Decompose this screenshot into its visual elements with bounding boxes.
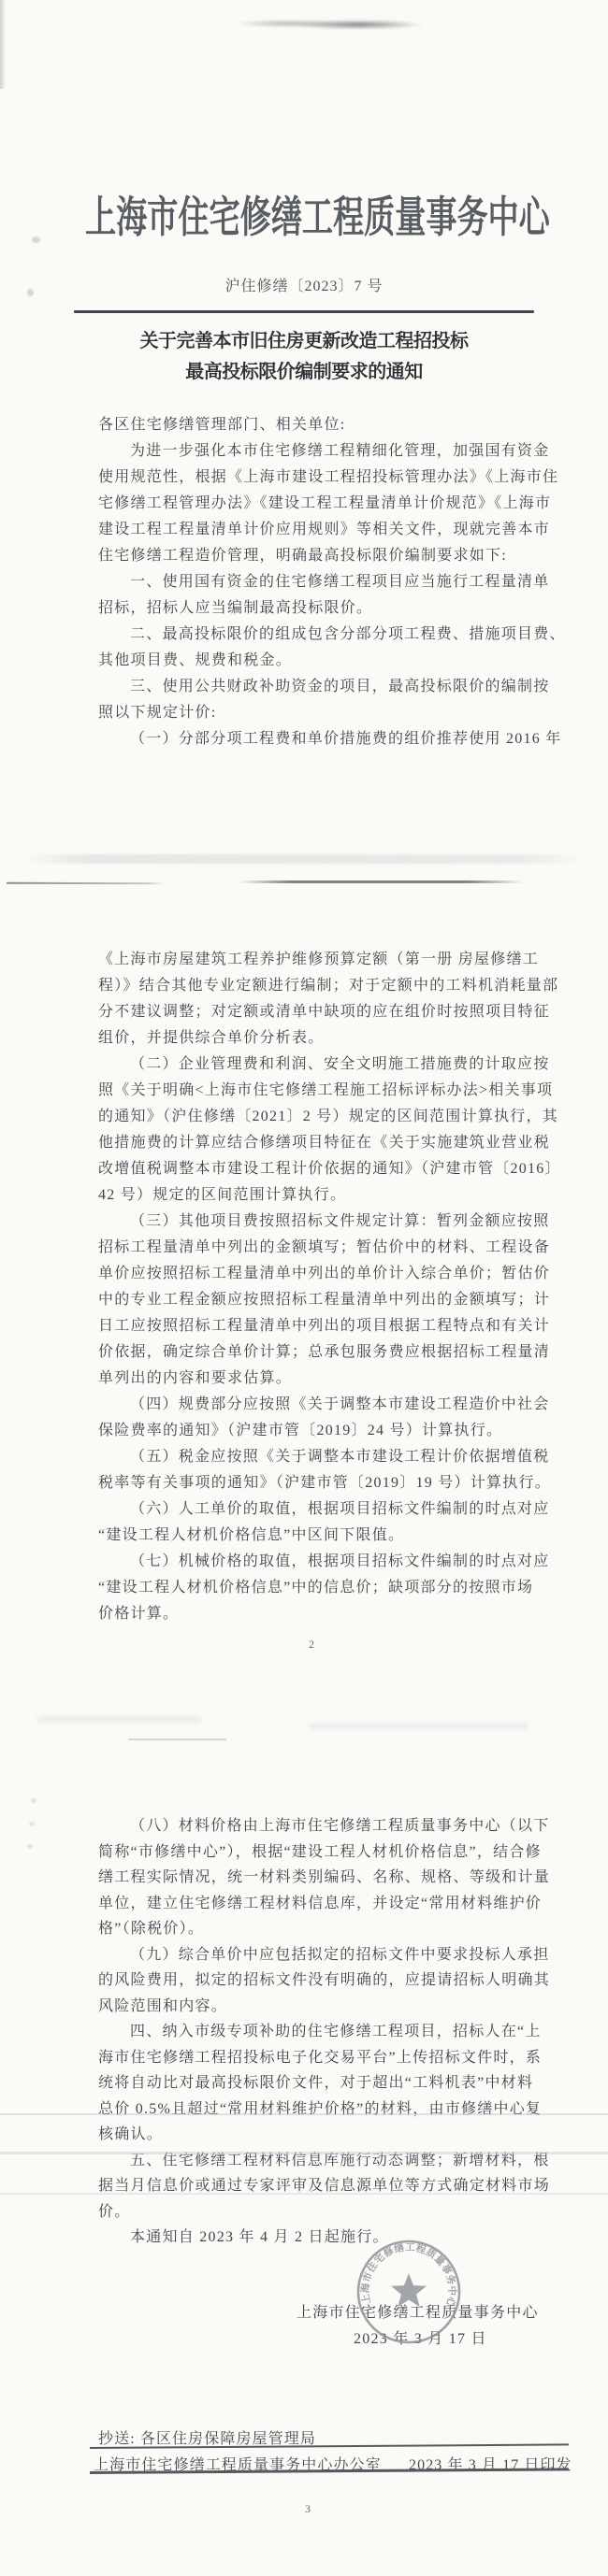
body-text-page3: （八）材料价格由上海市住宅修缮工程质量事务中心（以下简称“市修缮中心”），根据“… <box>98 1813 528 2251</box>
subject-title-line1: 关于完善本市旧住房更新改造工程招投标 <box>0 325 608 352</box>
body-line: 据当月信息价或通过专家评审及信息源单位等方式确定材料市场 <box>98 2173 528 2199</box>
body-line: 照《关于明确<上海市住宅修缮工程施工招标评标办法>相关事项 <box>98 1078 528 1104</box>
body-line: 核确认。 <box>98 2122 528 2148</box>
body-line: 组价，并提供综合单价分析表。 <box>98 1025 528 1052</box>
body-line: 价依据，确定综合单价计算；总承包服务费应根据招标工程量清 <box>98 1339 528 1366</box>
scan-wisp <box>309 1723 528 1729</box>
body-line: 为进一步强化本市住宅修缮工程精细化管理，加强国有资金 <box>98 438 528 465</box>
body-line: 海市住宅修缮工程招投标电子化交易平台”上传招标文件时，系 <box>98 2045 528 2071</box>
body-line: 风险范围和内容。 <box>98 1994 528 2020</box>
page-break-line <box>239 880 524 883</box>
body-line: 日工应按照招标工程量清单中列出的项目根据工程特点和有关计 <box>98 1313 528 1339</box>
body-line: “建设工程人材机价格信息”中的信息价；缺项部分的按照市场 <box>98 1575 528 1601</box>
body-line: 保险费率的通知》（沪建市管〔2019〕24 号）计算执行。 <box>98 1418 528 1444</box>
body-line: 价格计算。 <box>98 1601 528 1627</box>
body-line: 改增值税调整本市建设工程计价依据的通知》（沪建市管〔2016〕 <box>98 1156 528 1182</box>
body-line: 五、住宅修缮工程材料信息库施行动态调整；新增材料，根 <box>98 2148 528 2174</box>
body-line: 二、最高投标限价的组成包含分部分项工程费、措施项目费、 <box>98 622 528 648</box>
body-line: （四）规费部分应按照《关于调整本市建设工程造价中社会 <box>98 1392 528 1418</box>
letterhead-org-title: 上海市住宅修缮工程质量事务中心 <box>85 183 523 245</box>
scan-wisp <box>37 1716 201 1723</box>
scanned-official-document: 上海市住宅修缮工程质量事务中心 沪住修缮〔2023〕7 号 关于完善本市旧住房更… <box>0 0 608 2576</box>
body-line: （二）企业管理费和利润、安全文明施工措施费的计取应按 <box>98 1052 528 1078</box>
body-line: 缮工程实际情况，统一材料类别编码、名称、规格、等级和计量 <box>98 1865 528 1891</box>
body-line: 的通知》（沪住修缮〔2021〕2 号）规定的区间范围计算执行，其 <box>98 1104 528 1130</box>
scan-speck <box>29 1822 35 1826</box>
body-line: 使用规范性，根据《上海市建设工程招投标管理办法》《上海市住 <box>98 465 528 491</box>
body-line: 一、使用国有资金的住宅修缮工程项目应当施行工程量清单 <box>98 569 528 595</box>
seal-star-icon <box>391 2273 427 2307</box>
body-line: 价。 <box>98 2199 528 2225</box>
body-line: 中的专业工程金额应按照招标工程量清单中列出的金额填写；计 <box>98 1287 528 1313</box>
body-line: 格”（除税价）。 <box>98 1916 528 1942</box>
body-line: 总价 0.5%且超过“常用材料维护价格”的材料，由市修缮中心复 <box>98 2097 528 2123</box>
scan-smudge <box>239 17 430 32</box>
body-line: 招标，招标人应当编制最高投标限价。 <box>98 595 528 622</box>
scan-speck <box>31 1798 36 1803</box>
body-line: 他措施费的计算应结合修缮项目特征在《关于实施建筑业营业税 <box>98 1130 528 1156</box>
body-line: 简称“市修缮中心”），根据“建设工程人材机价格信息”，结合修 <box>98 1839 528 1866</box>
body-line: 招标工程量清单中列出的金额填写；暂估价中的材料、工程设备 <box>98 1235 528 1261</box>
body-line: 分不建议调整；对定额或清单中缺项的应在组价时按照项目特征 <box>98 999 528 1025</box>
body-line: 《上海市房屋建筑工程养护维修预算定额（第一册 房屋修缮工 <box>98 947 528 973</box>
body-line: 统将自动比对最高投标限价文件，对于超出“工料机表”中材料 <box>98 2070 528 2097</box>
body-text-page1: 各区住宅修缮管理部门、相关单位:为进一步强化本市住宅修缮工程精细化管理，加强国有… <box>98 412 528 752</box>
body-line: 照以下规定计价: <box>98 700 528 726</box>
scan-speck <box>27 1844 33 1849</box>
body-line: （八）材料价格由上海市住宅修缮工程质量事务中心（以下 <box>98 1813 528 1839</box>
body-line: 住宅修缮工程造价管理，明确最高投标限价编制要求如下: <box>98 543 528 569</box>
body-line: 税率等有关事项的通知》（沪建市管〔2019〕19 号）计算执行。 <box>98 1470 528 1496</box>
footer-cc-line: 抄送: 各区住房保障房屋管理局 <box>98 2426 316 2448</box>
body-line: 各区住宅修缮管理部门、相关单位: <box>98 412 528 438</box>
page-number-2: 2 <box>309 1638 314 1652</box>
body-line: 三、使用公共财政补助资金的项目，最高投标限价的编制按 <box>98 674 528 700</box>
body-line: 程）》结合其他专业定额进行编制；对于定额中的工料机消耗量部 <box>98 973 528 999</box>
body-line: 宅修缮工程管理办法》《建设工程工程量清单计价规范》《上海市 <box>98 491 528 517</box>
body-line: （五）税金应按照《关于调整本市建设工程计价依据增值税 <box>98 1444 528 1470</box>
body-line: 42 号）规定的区间范围计算执行。 <box>98 1182 528 1209</box>
subject-title-line2: 最高投标限价编制要求的通知 <box>0 356 608 383</box>
scan-speck <box>32 236 40 243</box>
body-line: 的风险费用，拟定的招标文件没有明确的，应提请招标人明确其 <box>98 1968 528 1994</box>
body-line: 单价应按照招标工程量清单中列出的单价计入综合单价；暂估价 <box>98 1261 528 1287</box>
body-line: 建设工程工程量清单计价应用规则》等相关文件，现就完善本市 <box>98 517 528 543</box>
page-break-line <box>7 882 164 885</box>
official-seal-stamp: 上海市住宅修缮工程质量事务中心 <box>355 2238 463 2346</box>
scan-edge-shadow <box>0 0 6 89</box>
scan-wisp <box>128 1739 226 1740</box>
body-line: 其他项目费、规费和税金。 <box>98 648 528 674</box>
body-line: （七）机械价格的取值，根据项目招标文件编制的时点对应 <box>98 1549 528 1575</box>
body-line: “建设工程人材机价格信息”中区间下限值。 <box>98 1523 528 1549</box>
body-line: （九）综合单价中应包括拟定的招标文件中要求投标人承担 <box>98 1942 528 1968</box>
body-line: 四、纳入市级专项补助的住宅修缮工程项目，招标人在“上 <box>98 2019 528 2045</box>
body-line: 单位，建立住宅修缮工程材料信息库，并设定“常用材料维护价 <box>98 1891 528 1917</box>
document-number: 沪住修缮〔2023〕7 号 <box>0 274 608 295</box>
body-line: （一）分部分项工程费和单价措施费的组价推荐使用 2016 年 <box>98 726 528 752</box>
body-line: 本通知自 2023 年 4 月 2 日起施行。 <box>98 2225 528 2251</box>
body-line: （三）其他项目费按照招标文件规定计算：暂列金额应按照 <box>98 1209 528 1235</box>
page-number-3: 3 <box>305 2502 311 2516</box>
body-text-page2: 《上海市房屋建筑工程养护维修预算定额（第一册 房屋修缮工程）》结合其他专业定额进… <box>98 947 528 1627</box>
letterhead-rule <box>74 310 534 313</box>
body-line: 单列出的内容和要求估算。 <box>98 1366 528 1392</box>
page-break-shadow <box>22 854 586 864</box>
body-line: （六）人工单价的取值，根据项目招标文件编制的时点对应 <box>98 1496 528 1523</box>
